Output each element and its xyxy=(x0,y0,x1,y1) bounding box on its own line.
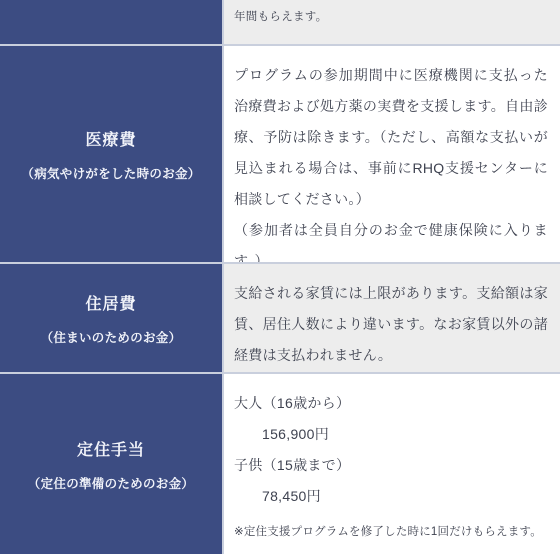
medical-paragraph-1: プログラムの参加期間中に医療機関に支払った治療費および処方薬の実費を支援します。… xyxy=(234,60,548,215)
benefits-table: 年間もらえます。 医療費 （病気やけがをした時のお金） プログラムの参加期間中に… xyxy=(0,0,560,560)
row-subtitle-allowance: （定住の準備のためのお金） xyxy=(28,474,194,492)
row-header-cell-empty xyxy=(0,0,224,44)
row-content-cell: 大人（16歳から） 156,900円 子供（15歳まで） 78,450円 ※定住… xyxy=(224,374,560,554)
partial-note-text: 年間もらえます。 xyxy=(234,8,548,26)
allowance-child-amount: 78,450円 xyxy=(234,481,548,512)
row-content-cell: 支給される家賃には上限があります。支給額は家賃、居住人数により違います。なお家賃… xyxy=(224,264,560,372)
table-row-medical: 医療費 （病気やけがをした時のお金） プログラムの参加期間中に医療機関に支払った… xyxy=(0,44,560,262)
table-row-partial: 年間もらえます。 xyxy=(0,0,560,44)
table-row-housing: 住居費 （住まいのためのお金） 支給される家賃には上限があります。支給額は家賃、… xyxy=(0,262,560,372)
allowance-adult-amount: 156,900円 xyxy=(234,419,548,450)
row-title-medical: 医療費 xyxy=(85,127,136,150)
row-content-cell: 年間もらえます。 xyxy=(224,0,560,44)
row-subtitle-housing: （住まいのためのお金） xyxy=(41,328,182,346)
row-header-cell-medical: 医療費 （病気やけがをした時のお金） xyxy=(0,46,224,262)
row-content-cell: プログラムの参加期間中に医療機関に支払った治療費および処方薬の実費を支援します。… xyxy=(224,46,560,262)
allowance-adult-label: 大人（16歳から） xyxy=(234,388,548,419)
allowance-footnote: ※定住支援プログラムを修了した時に1回だけもらえます。 xyxy=(234,524,548,540)
row-title-housing: 住居費 xyxy=(85,291,136,314)
table-row-allowance: 定住手当 （定住の準備のためのお金） 大人（16歳から） 156,900円 子供… xyxy=(0,372,560,554)
row-header-cell-allowance: 定住手当 （定住の準備のためのお金） xyxy=(0,374,224,554)
row-title-allowance: 定住手当 xyxy=(77,437,145,460)
housing-paragraph: 支給される家賃には上限があります。支給額は家賃、居住人数により違います。なお家賃… xyxy=(234,278,548,371)
row-header-cell-housing: 住居費 （住まいのためのお金） xyxy=(0,264,224,372)
row-subtitle-medical: （病気やけがをした時のお金） xyxy=(21,164,200,182)
allowance-child-label: 子供（15歳まで） xyxy=(234,450,548,481)
